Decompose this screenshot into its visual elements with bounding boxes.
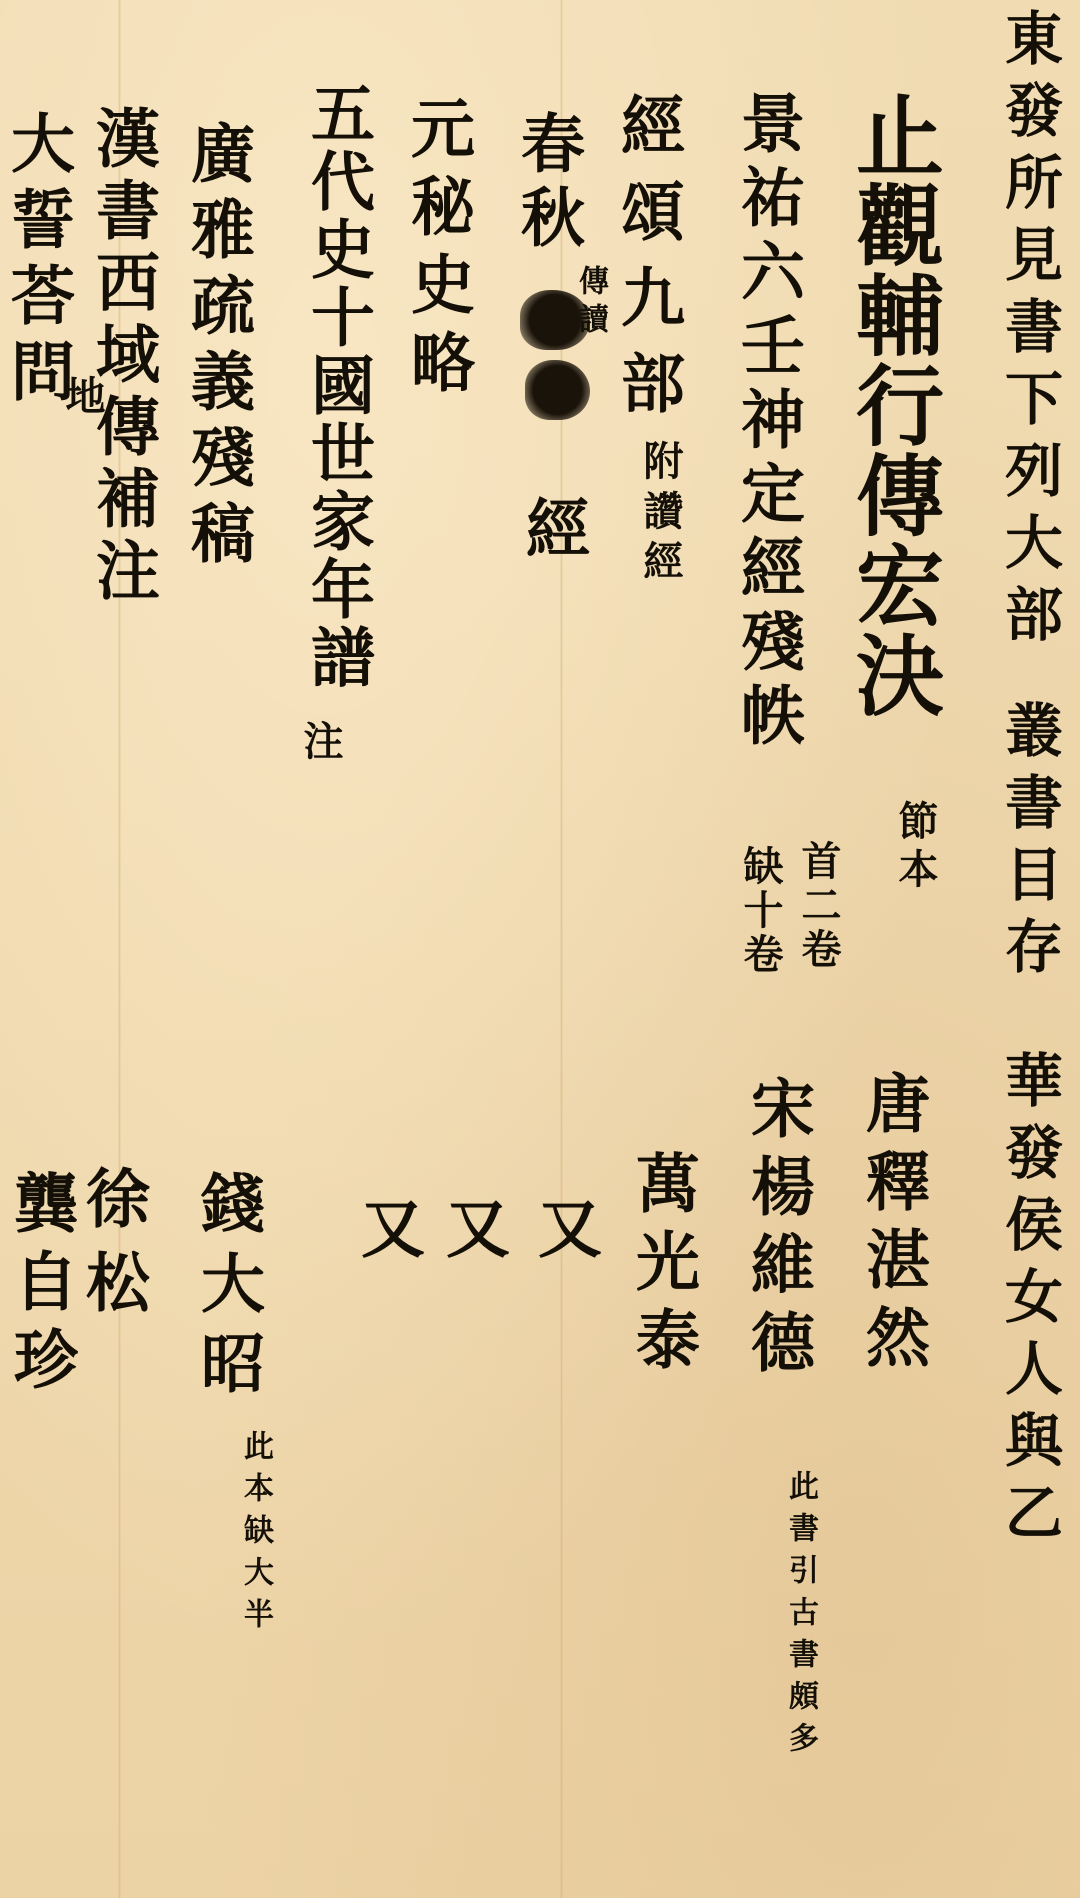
- entry-note-right: 首二卷: [798, 840, 838, 972]
- entry-author: 唐釋湛然: [860, 1070, 924, 1382]
- entry-author-ditto: 又: [355, 1195, 419, 1265]
- entry-note: 節本: [895, 800, 935, 896]
- entry-title: 大誓荅問: [5, 110, 69, 414]
- entry-author-note: 此本缺大半: [240, 1430, 270, 1640]
- entry-note: 注: [300, 720, 340, 768]
- header-line-part1: 東發所見書下列大部: [1000, 8, 1058, 656]
- entry-author: 宋楊維德: [745, 1075, 809, 1387]
- entry-title: 經頌九部: [615, 92, 679, 436]
- entry-author-note: 此書引古書頗多: [785, 1470, 815, 1764]
- entry-author: 徐松: [80, 1165, 144, 1333]
- entry-title: 五代史十國世家年譜: [305, 80, 369, 692]
- entry-author-ditto: 又: [440, 1195, 504, 1265]
- entry-author-ditto: 又: [532, 1195, 596, 1265]
- entry-author: 萬光泰: [630, 1150, 694, 1384]
- entry-title: 春秋: [515, 110, 579, 258]
- header-line-part3: 華發侯女人與乙: [1000, 1050, 1058, 1554]
- entry-author: 錢大昭: [195, 1170, 259, 1410]
- paper-fold-line: [560, 0, 563, 1898]
- entry-insertion: 傳讀: [575, 265, 605, 341]
- header-line-part2: 叢書目存: [1000, 700, 1058, 988]
- entry-title: 漢書西域傳補注: [90, 105, 154, 609]
- entry-author: 龔自珍: [8, 1170, 72, 1404]
- entry-title: 廣雅疏義殘稿: [185, 120, 249, 576]
- entry-title-end: 經: [520, 495, 584, 565]
- entry-title: 景祐六壬神定經殘帙: [735, 90, 799, 756]
- entry-title: 止觀輔行傳宏決: [850, 90, 938, 720]
- entry-note-left: 缺十卷: [740, 845, 780, 977]
- ink-blot-correction: [525, 360, 590, 420]
- entry-title: 元秘史略: [405, 95, 469, 407]
- entry-note: 附讚經: [640, 440, 680, 590]
